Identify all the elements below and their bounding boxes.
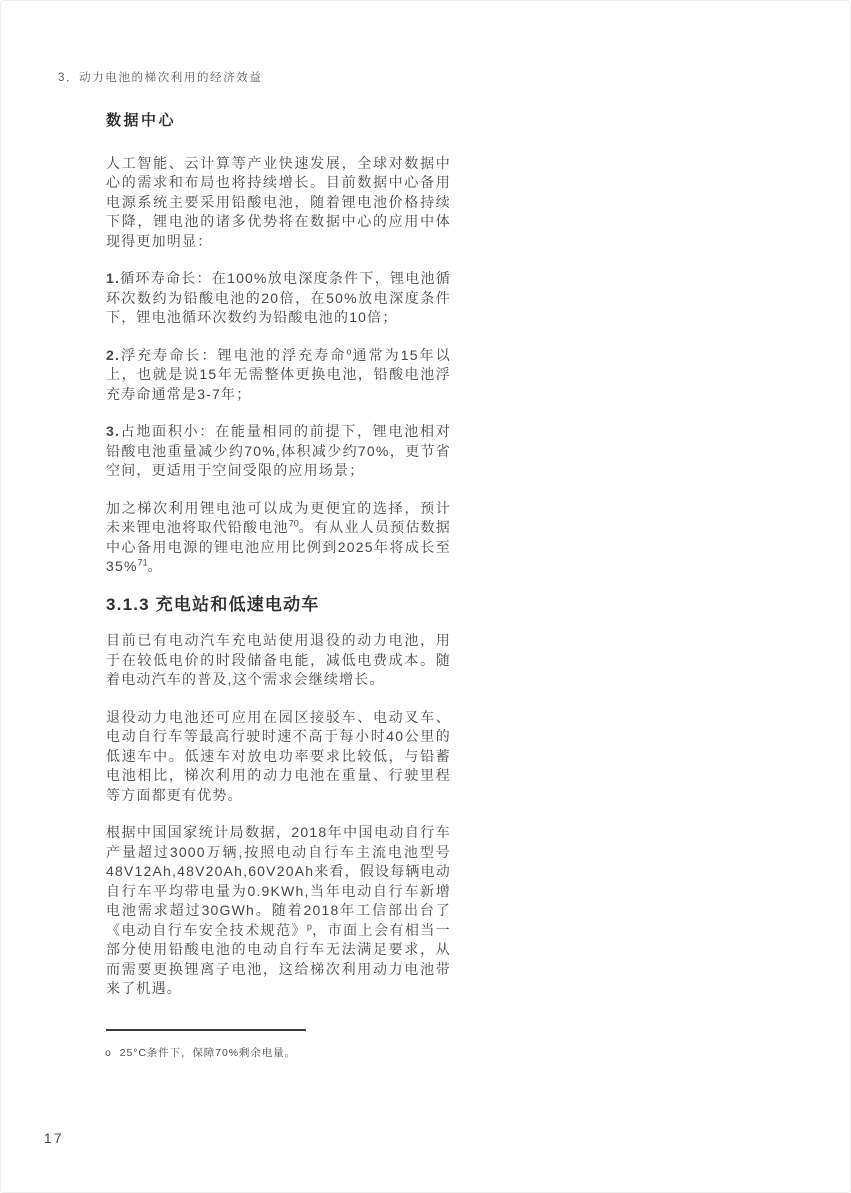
footnote-marker: o: [105, 1047, 112, 1059]
paragraph-text: 。: [148, 558, 163, 574]
paragraph-data-center-intro: 人工智能、云计算等产业快速发展，全球对数据中心的需求和布局也将持续增长。目前数据…: [106, 154, 451, 252]
list-item-number: 3.: [106, 423, 120, 439]
footnote-text: 25°C条件下，保障70%剩余电量。: [120, 1047, 296, 1059]
list-item-text: 占地面积小：在能量相同的前提下，锂电池相对铅酸电池重量减少约70%,体积减少约7…: [106, 423, 451, 478]
footnote-ref-70: 70: [289, 518, 299, 528]
content-column: 数据中心 人工智能、云计算等产业快速发展，全球对数据中心的需求和布局也将持续增长…: [106, 111, 451, 1017]
paragraph-ebike-stats: 根据中国国家统计局数据，2018年中国电动自行车产量超过3000万辆,按照电动自…: [106, 823, 451, 999]
list-item-cycle-life: 1.循环寿命长：在100%放电深度条件下，锂电池循环次数约为铅酸电池的20倍，在…: [106, 269, 451, 328]
footnote-divider: [106, 1029, 306, 1031]
paragraph-charging-stations: 目前已有电动汽车充电站使用退役的动力电池，用于在较低电价的时段储备电能，减低电费…: [106, 631, 451, 690]
paragraph-low-speed-vehicles: 退役动力电池还可应用在园区接驳车、电动叉车、电动自行车等最高行驶时速不高于每小时…: [106, 708, 451, 806]
running-header: 3．动力电池的梯次利用的经济效益: [58, 69, 263, 85]
list-item-text: 循环寿命长：在100%放电深度条件下，锂电池循环次数约为铅酸电池的20倍，在50…: [106, 270, 451, 325]
section-heading-data-center: 数据中心: [106, 111, 451, 131]
list-item-number: 2.: [106, 347, 120, 363]
list-item-number: 1.: [106, 270, 120, 286]
document-page: 3．动力电池的梯次利用的经济效益 数据中心 人工智能、云计算等产业快速发展，全球…: [0, 0, 851, 1193]
paragraph-data-center-outro: 加之梯次利用锂电池可以成为更便宜的选择，预计未来锂电池将取代铅酸电池70。有从业…: [106, 499, 451, 577]
page-number: 17: [44, 1131, 64, 1146]
section-heading-3-1-3: 3.1.3 充电站和低速电动车: [106, 595, 451, 615]
list-item-float-life: 2.浮充寿命长：锂电池的浮充寿命o通常为15年以上，也就是说15年无需整体更换电…: [106, 346, 451, 405]
paragraph-text: 根据中国国家统计局数据，2018年中国电动自行车产量超过3000万辆,按照电动自…: [106, 824, 451, 938]
footnote-ref-71: 71: [138, 557, 148, 567]
list-item-text: 浮充寿命长：锂电池的浮充寿命: [120, 347, 346, 363]
footnote: o25°C条件下，保障70%剩余电量。: [105, 1045, 296, 1060]
list-item-footprint: 3.占地面积小：在能量相同的前提下，锂电池相对铅酸电池重量减少约70%,体积减少…: [106, 422, 451, 481]
